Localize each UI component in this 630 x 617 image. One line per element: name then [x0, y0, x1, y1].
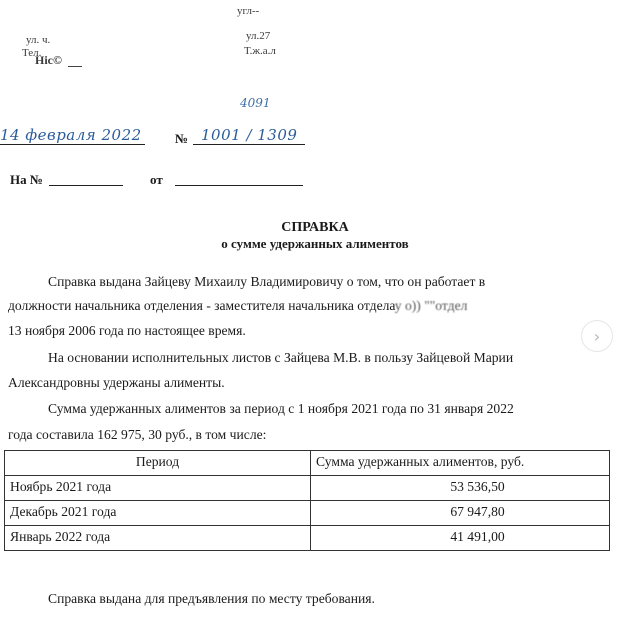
closing-statement: Справка выдана для предъявления по месту… [48, 591, 375, 607]
paragraph-2-line-1: На основании исполнительных листов с Зай… [48, 350, 513, 366]
amount-cell: 53 536,50 [311, 476, 610, 501]
document-date: 14 февраля 2022 [0, 126, 145, 145]
paragraph-3-line-2: года составила 162 975, 30 руб., в том ч… [8, 427, 266, 443]
number-label: № [175, 131, 188, 147]
amount-cell: 67 947,80 [311, 501, 610, 526]
header-amount: Сумма удержанных алиментов, руб. [311, 451, 610, 476]
carousel-next-button[interactable]: › [581, 320, 613, 352]
paragraph-1-line-2-text: должности начальника отделения - замести… [8, 298, 395, 313]
recipient-street: угл-- [237, 5, 259, 17]
paragraph-1-line-2: должности начальника отделения - замести… [8, 298, 467, 314]
paragraph-1-line-3: 13 ноября 2006 года по настоящее время. [8, 323, 246, 339]
table-header-row: Период Сумма удержанных алиментов, руб. [5, 451, 610, 476]
paragraph-3-line-1: Сумма удержанных алиментов за период с 1… [48, 401, 514, 417]
sender-fill-line [68, 66, 82, 67]
paragraph-1-line-1: Справка выдана Зайцеву Михаилу Владимиро… [48, 274, 485, 290]
reference-number-line [49, 185, 123, 186]
header-period: Период [5, 451, 311, 476]
document-number: 1001 / 1309 [193, 126, 305, 145]
document-subtitle: о сумме удержанных алиментов [0, 236, 630, 252]
document-title: СПРАВКА [0, 220, 630, 236]
sender-street: ул. ч. [26, 34, 50, 46]
stamp-number: 4091 [240, 96, 271, 110]
period-cell: Ноябрь 2021 года [5, 476, 311, 501]
period-cell: Январь 2022 года [5, 526, 311, 551]
table-row: Ноябрь 2021 года 53 536,50 [5, 476, 610, 501]
period-cell: Декабрь 2021 года [5, 501, 311, 526]
reference-from-label: от [150, 172, 163, 188]
chevron-right-icon: › [594, 327, 600, 346]
sender-overprint: Hic© [35, 54, 62, 66]
amount-cell: 41 491,00 [311, 526, 610, 551]
paragraph-2-line-2: Александровны удержаны алименты. [8, 375, 225, 391]
reference-label: На № [10, 172, 43, 188]
recipient-line2: ул.27 [246, 30, 270, 42]
paragraph-1-redacted: у о)) ""отдел [395, 298, 468, 313]
table-row: Декабрь 2021 года 67 947,80 [5, 501, 610, 526]
table-row: Январь 2022 года 41 491,00 [5, 526, 610, 551]
recipient-phone: Т.ж.а.л [244, 45, 276, 57]
reference-date-line [175, 185, 303, 186]
alimony-table: Период Сумма удержанных алиментов, руб. … [4, 450, 610, 551]
